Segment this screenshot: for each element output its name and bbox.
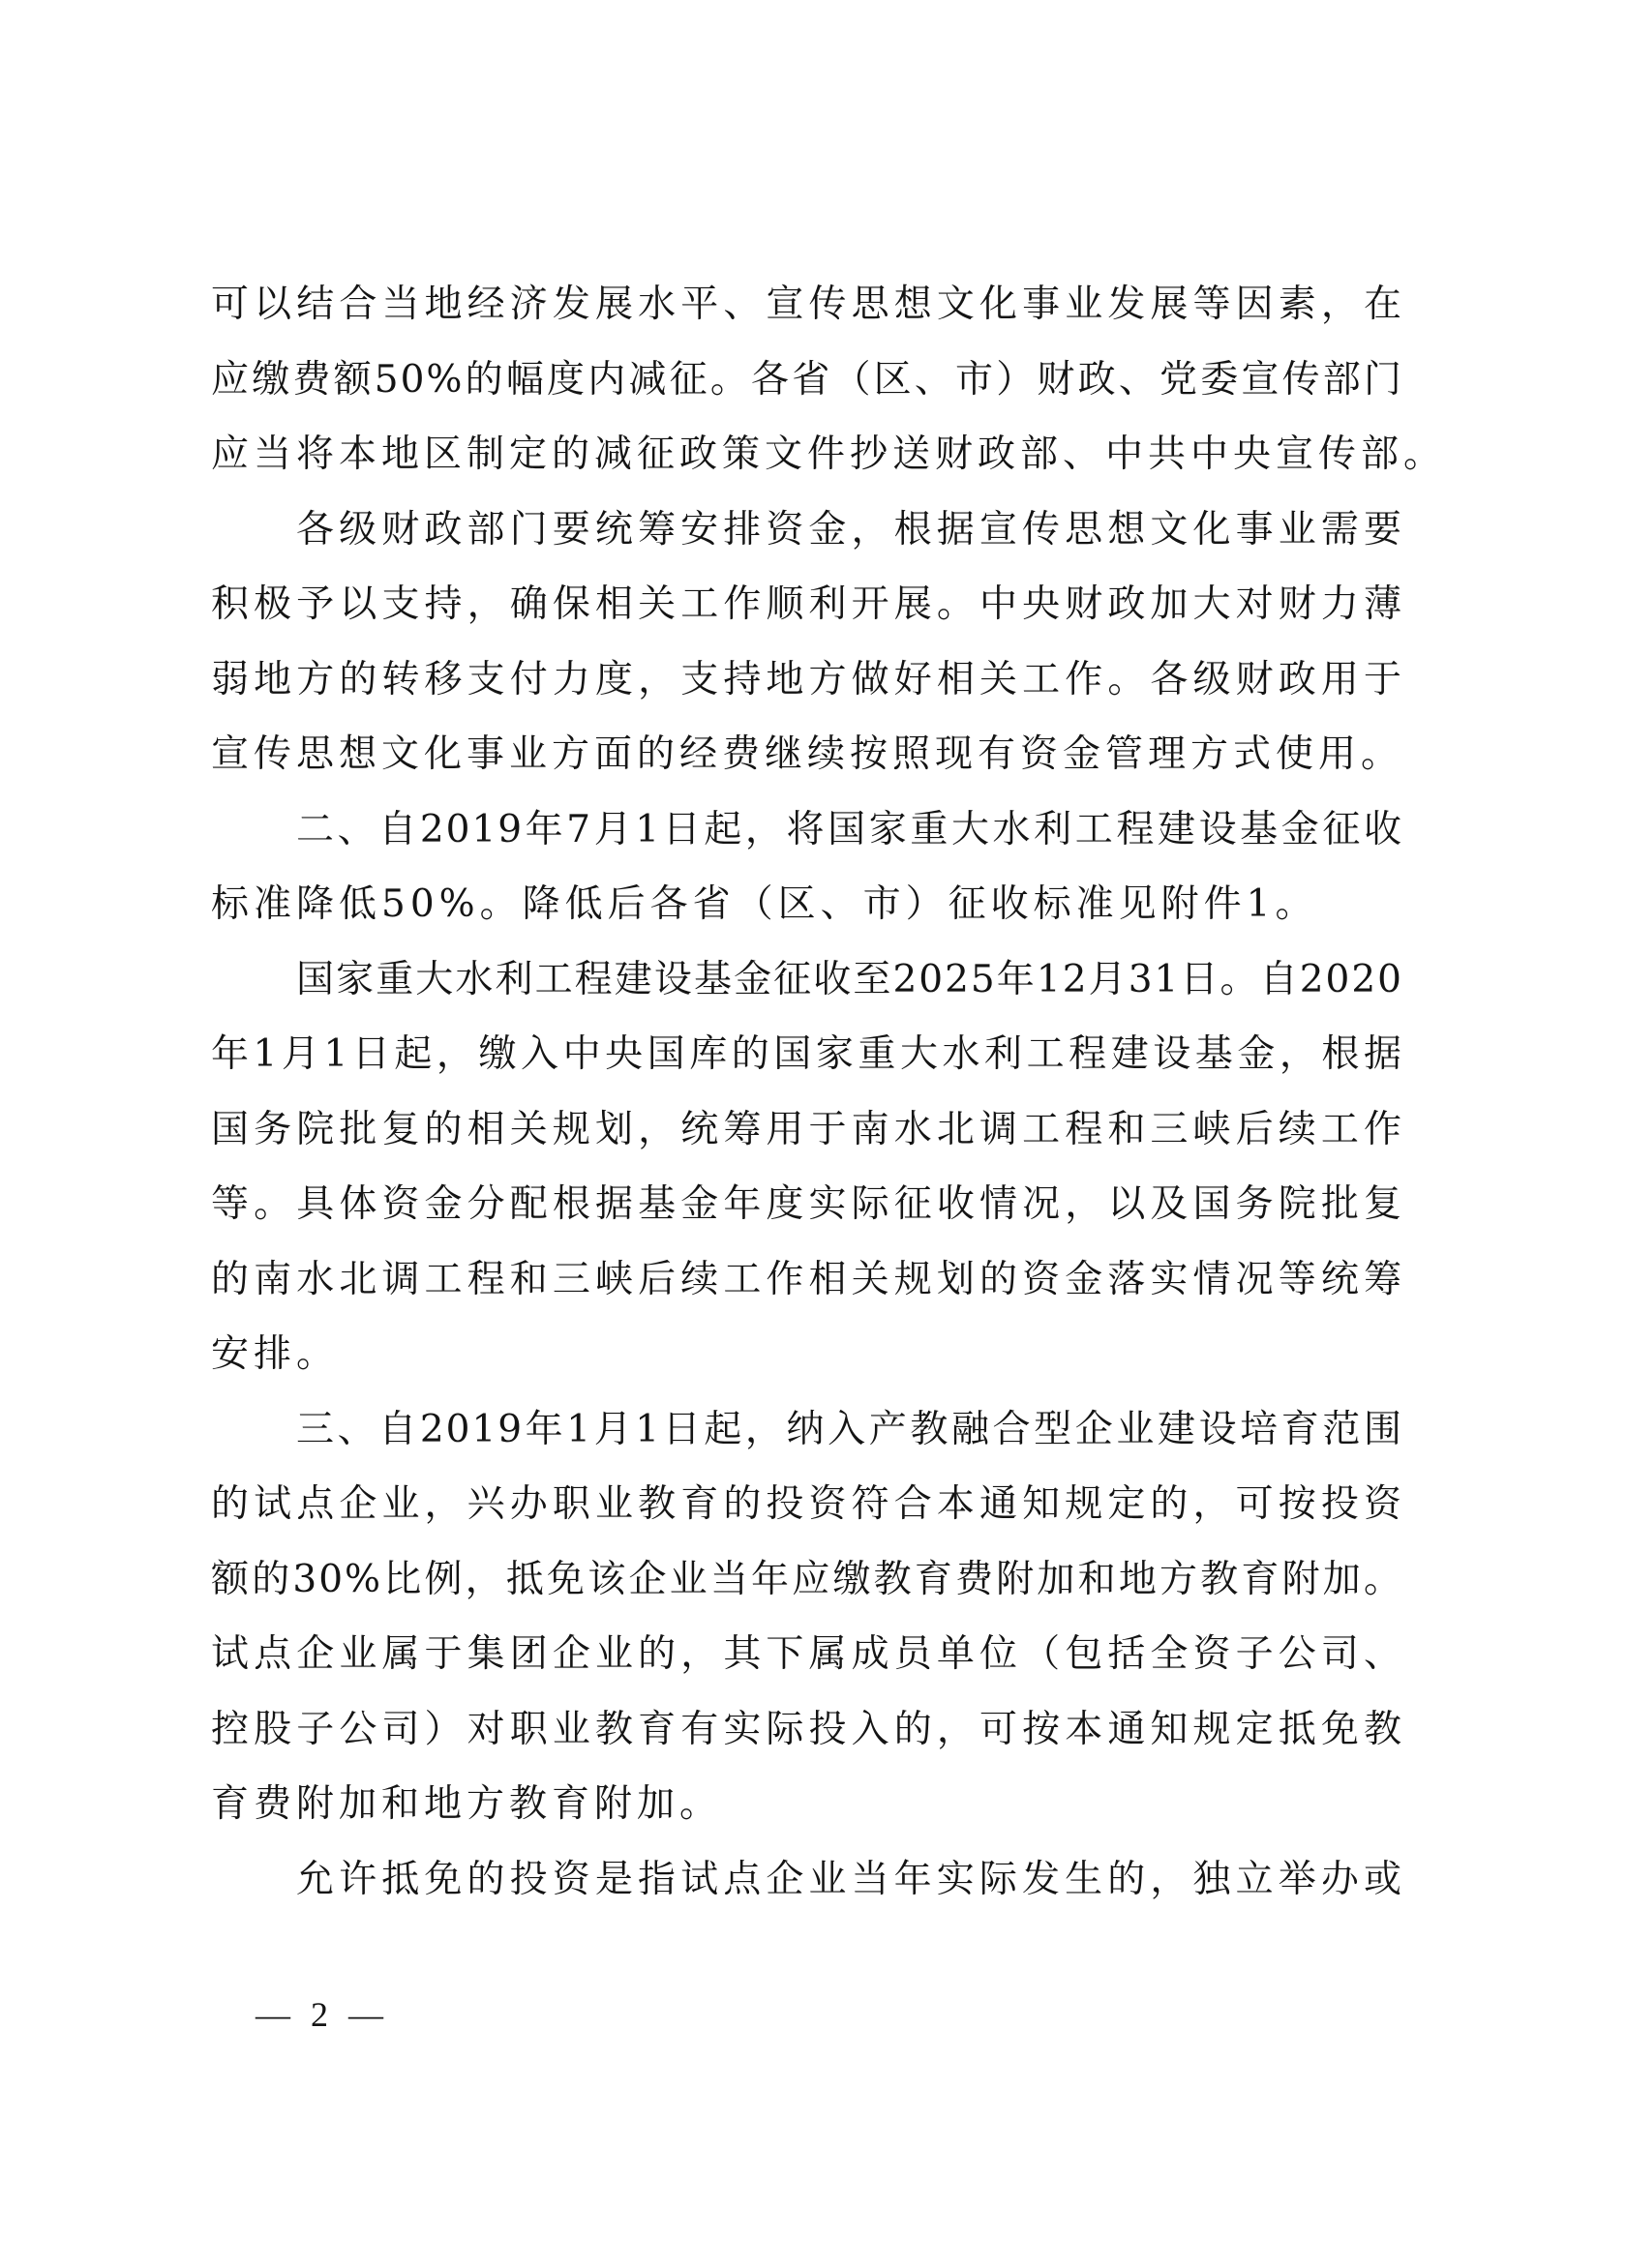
text-line: 标准降低50%。降低后各省（区、市）征收标准见附件1。 — [211, 867, 1403, 942]
text-line: 国务院批复的相关规划，统筹用于南水北调工程和三峡后续工作 — [211, 1092, 1403, 1168]
text-line: 宣传思想文化事业方面的经费继续按照现有资金管理方式使用。 — [211, 717, 1403, 792]
text-line: 安排。 — [211, 1317, 1403, 1392]
text-line: 可以结合当地经济发展水平、宣传思想文化事业发展等因素，在 — [211, 267, 1403, 343]
text-line: 允许抵免的投资是指试点企业当年实际发生的，独立举办或 — [211, 1842, 1403, 1918]
text-line: 等。具体资金分配根据基金年度实际征收情况，以及国务院批复 — [211, 1167, 1403, 1242]
page-number: — 2 — — [256, 1995, 389, 2034]
text-line: 育费附加和地方教育附加。 — [211, 1767, 1403, 1842]
text-line: 额的30%比例，抵免该企业当年应缴教育费附加和地方教育附加。 — [211, 1542, 1403, 1618]
paragraph-section-2: 二、自2019年7月1日起，将国家重大水利工程建设基金征收 标准降低50%。降低… — [211, 792, 1403, 942]
text-line: 应当将本地区制定的减征政策文件抄送财政部、中共中央宣传部。 — [211, 417, 1403, 492]
text-line: 三、自2019年1月1日起，纳入产教融合型企业建设培育范围 — [211, 1392, 1403, 1468]
paragraph: 允许抵免的投资是指试点企业当年实际发生的，独立举办或 — [211, 1842, 1403, 1918]
text-line: 二、自2019年7月1日起，将国家重大水利工程建设基金征收 — [211, 792, 1403, 868]
text-line: 的南水北调工程和三峡后续工作相关规划的资金落实情况等统筹 — [211, 1242, 1403, 1318]
text-line: 国家重大水利工程建设基金征收至2025年12月31日。自2020 — [211, 942, 1403, 1018]
paragraph: 国家重大水利工程建设基金征收至2025年12月31日。自2020 年1月1日起，… — [211, 942, 1403, 1392]
paragraph-section-3: 三、自2019年1月1日起，纳入产教融合型企业建设培育范围 的试点企业，兴办职业… — [211, 1392, 1403, 1842]
text-line: 控股子公司）对职业教育有实际投入的，可按本通知规定抵免教 — [211, 1692, 1403, 1768]
text-line: 年1月1日起，缴入中央国库的国家重大水利工程建设基金，根据 — [211, 1017, 1403, 1092]
paragraph: 各级财政部门要统筹安排资金，根据宣传思想文化事业需要 积极予以支持，确保相关工作… — [211, 492, 1403, 792]
text-line: 试点企业属于集团企业的，其下属成员单位（包括全资子公司、 — [211, 1617, 1403, 1692]
text-line: 的试点企业，兴办职业教育的投资符合本通知规定的，可按投资 — [211, 1467, 1403, 1542]
text-line: 弱地方的转移支付力度，支持地方做好相关工作。各级财政用于 — [211, 642, 1403, 718]
text-line: 各级财政部门要统筹安排资金，根据宣传思想文化事业需要 — [211, 492, 1403, 568]
text-line: 积极予以支持，确保相关工作顺利开展。中央财政加大对财力薄 — [211, 567, 1403, 642]
text-line: 应缴费额50%的幅度内减征。各省（区、市）财政、党委宣传部门 — [211, 343, 1403, 418]
document-body: 可以结合当地经济发展水平、宣传思想文化事业发展等因素，在 应缴费额50%的幅度内… — [211, 267, 1403, 1917]
paragraph: 可以结合当地经济发展水平、宣传思想文化事业发展等因素，在 应缴费额50%的幅度内… — [211, 267, 1403, 492]
